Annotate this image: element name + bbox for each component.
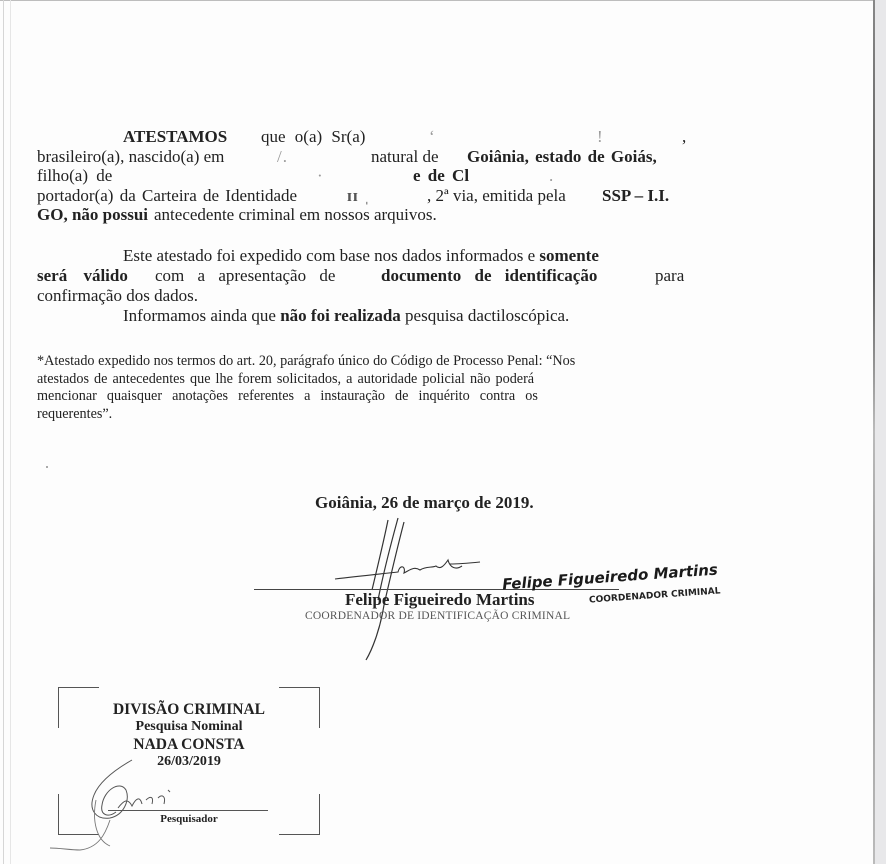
attestation-paragraph: ATESTAMOS que o(a) Sr(a) ʻ ! , brasileir…	[37, 127, 689, 225]
redacted-birthdate: /.	[277, 147, 288, 167]
redacted-father-name: ·	[317, 166, 324, 186]
validity-paragraph-line-1: Este atestado foi expedido com base nos …	[123, 246, 599, 266]
page-left-edge	[3, 0, 4, 864]
speck	[46, 466, 48, 468]
p1-line-2: brasileiro(a), nascido(a) em /. natural …	[37, 147, 689, 167]
stamp-role: Pesquisador	[58, 813, 320, 825]
p1-line-1: ATESTAMOS que o(a) Sr(a) ʻ ! ,	[37, 127, 689, 147]
page-left-edge-inner	[10, 0, 11, 864]
p1-line-3: filho(a) de · e de Cl .	[37, 166, 689, 186]
dactyloscopy-note: Informamos ainda que não foi realizada p…	[123, 306, 569, 326]
p1-line-5: GO, não possui antecedente criminal em n…	[37, 205, 689, 225]
stamp-signature-line	[108, 810, 268, 811]
signatory-title: COORDENADOR DE IDENTIFICAÇÃO CRIMINAL	[305, 610, 570, 622]
stamp-division: DIVISÃO CRIMINAL	[58, 701, 320, 719]
attest-lead: ATESTAMOS	[123, 127, 227, 147]
stamp-search-type: Pesquisa Nominal	[58, 719, 320, 735]
stamp-result: NADA CONSTA	[58, 736, 320, 754]
stamp-date: 26/03/2019	[58, 754, 320, 770]
validity-paragraph-line-3: confirmação dos dados.	[37, 286, 198, 306]
signatory-name: Felipe Figueiredo Martins	[345, 590, 535, 610]
verification-stamp: DIVISÃO CRIMINAL Pesquisa Nominal NADA C…	[58, 687, 320, 835]
legal-footnote: *Atestado expedido nos termos do art. 20…	[37, 353, 689, 423]
redacted-mother-name: .	[549, 166, 554, 186]
scrollbar-track[interactable]	[875, 0, 886, 864]
p1-line-4: portador(a) da Carteira de Identidade ɪɪ…	[37, 186, 689, 206]
viewer-top-border	[0, 0, 886, 1]
redacted-name: ʻ	[429, 127, 436, 147]
redacted-id-number: ɪɪ ˌ	[347, 186, 371, 206]
place-date: Goiânia, 26 de março de 2019.	[315, 493, 534, 513]
